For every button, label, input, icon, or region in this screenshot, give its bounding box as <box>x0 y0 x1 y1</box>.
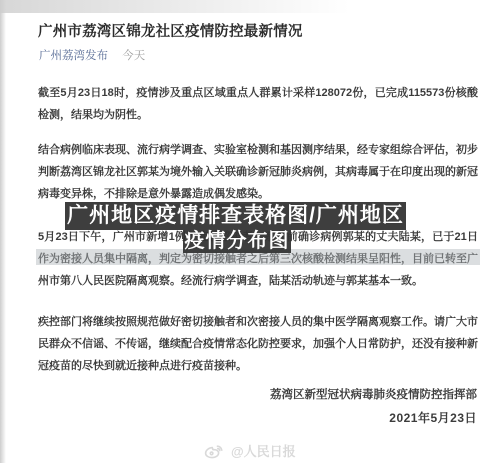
byline-publish-time: 今天 <box>122 50 145 62</box>
signature-authority: 荔湾区新型冠状病毒肺炎疫情防控指挥部 <box>270 386 477 402</box>
signature-date: 2021年5月23日 <box>389 409 477 426</box>
overlay-caption-line2: 疫情分布图 <box>183 230 291 253</box>
watermark-text: @人民日报 <box>231 444 296 459</box>
paragraph-case-assessment: 结合病例临床表现、流行病学调查、实验室检测和基因测序结果，经专家组综合评估，初步… <box>38 139 478 205</box>
top-edge-shade <box>0 0 500 13</box>
page-title: 广州市荔湾区锦龙社区疫情防控最新情况 <box>38 20 470 41</box>
byline: 广州荔湾发布 今天 <box>39 47 145 63</box>
paragraph-public-advice: 疾控部门将继续按照规范做好密切接触者和次密接人员的集中医学隔离观察工作。请广大市… <box>38 311 478 377</box>
watermark: @人民日报 <box>0 441 500 460</box>
byline-source-link[interactable]: 广州荔湾发布 <box>39 50 108 62</box>
article-page: 广州市荔湾区锦龙社区疫情防控最新情况 广州荔湾发布 今天 截至5月23日18时，… <box>0 0 500 463</box>
overlay-caption-line1: 广州地区疫情排查表格图/广州地区 <box>65 202 406 230</box>
paragraph-sampling-stats: 截至5月23日18时，疫情涉及重点区域重点人群累计采样128072份，已完成11… <box>38 82 478 126</box>
weibo-icon <box>204 444 231 459</box>
left-edge-shade <box>0 0 6 463</box>
